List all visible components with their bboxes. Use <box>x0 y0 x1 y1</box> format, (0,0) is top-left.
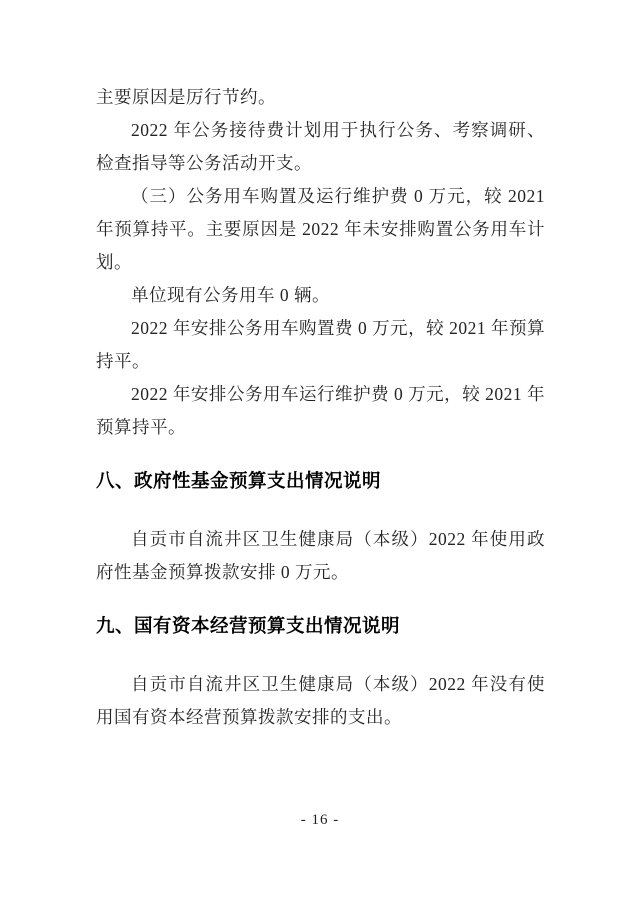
paragraph-vehicle-count: 单位现有公务用车 0 辆。 <box>96 279 545 312</box>
document-content: 主要原因是厉行节约。 2022 年公务接待费计划用于执行公务、考察调研、检查指导… <box>96 81 545 734</box>
section-heading-state-capital: 九、国有资本经营预算支出情况说明 <box>96 609 545 642</box>
paragraph-vehicle-purchase-fee: 2022 年安排公务用车购置费 0 万元，较 2021 年预算持平。 <box>96 312 545 378</box>
paragraph-vehicle-maintenance-fee: 2022 年安排公务用车运行维护费 0 万元，较 2021 年预算持平。 <box>96 378 545 444</box>
paragraph-vehicle-purchase-maintenance: （三）公务用车购置及运行维护费 0 万元，较 2021 年预算持平。主要原因是 … <box>96 180 545 279</box>
section-heading-government-fund: 八、政府性基金预算支出情况说明 <box>96 464 545 497</box>
paragraph-continuation: 主要原因是厉行节约。 <box>96 81 545 114</box>
paragraph-reception-fee: 2022 年公务接待费计划用于执行公务、考察调研、检查指导等公务活动开支。 <box>96 114 545 180</box>
paragraph-state-capital: 自贡市自流井区卫生健康局（本级）2022 年没有使用国有资本经营预算拨款安排的支… <box>96 668 545 734</box>
page-number: - 16 - <box>0 812 640 829</box>
document-page: 主要原因是厉行节约。 2022 年公务接待费计划用于执行公务、考察调研、检查指导… <box>0 0 640 905</box>
paragraph-government-fund: 自贡市自流井区卫生健康局（本级）2022 年使用政府性基金预算拨款安排 0 万元… <box>96 523 545 589</box>
